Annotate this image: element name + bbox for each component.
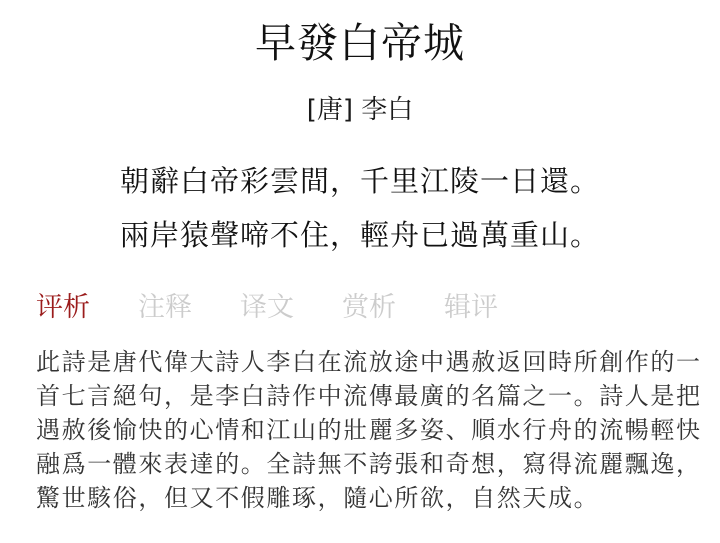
poem-line: 朝辭白帝彩雲間，千里江陵一日還。 bbox=[0, 154, 720, 208]
analysis-line: 首七言絕句，是李白詩作中流傳最廣的名篇之一。詩人是把 bbox=[36, 379, 686, 413]
analysis-content: 此詩是唐代偉大詩人李白在流放途中遇赦返回時所創作的一 首七言絕句，是李白詩作中流… bbox=[36, 345, 686, 515]
poem-author: [唐] 李白 bbox=[0, 92, 720, 128]
tab-commentary[interactable]: 辑评 bbox=[444, 288, 500, 328]
analysis-line: 此詩是唐代偉大詩人李白在流放途中遇赦返回時所創作的一 bbox=[36, 345, 686, 379]
tab-appreciation[interactable]: 赏析 bbox=[342, 288, 398, 328]
tab-analysis[interactable]: 评析 bbox=[36, 288, 92, 328]
analysis-line: 融爲一體來表達的。全詩無不誇張和奇想，寫得流麗飄逸， bbox=[36, 447, 686, 481]
poem-line: 兩岸猿聲啼不住，輕舟已過萬重山。 bbox=[0, 208, 720, 262]
tab-translation[interactable]: 译文 bbox=[240, 288, 296, 328]
analysis-line: 驚世駭俗，但又不假雕琢，隨心所欲，自然天成。 bbox=[36, 481, 686, 515]
analysis-line: 遇赦後愉快的心情和江山的壯麗多姿、順水行舟的流暢輕快 bbox=[36, 413, 686, 447]
poem-body: 朝辭白帝彩雲間，千里江陵一日還。 兩岸猿聲啼不住，輕舟已過萬重山。 bbox=[0, 154, 720, 262]
tab-annotation[interactable]: 注释 bbox=[138, 288, 194, 328]
poem-page: 早發白帝城 [唐] 李白 朝辭白帝彩雲間，千里江陵一日還。 兩岸猿聲啼不住，輕舟… bbox=[0, 0, 720, 543]
tab-bar: 评析 注释 译文 赏析 辑评 bbox=[36, 288, 500, 328]
poem-title: 早發白帝城 bbox=[0, 16, 720, 70]
